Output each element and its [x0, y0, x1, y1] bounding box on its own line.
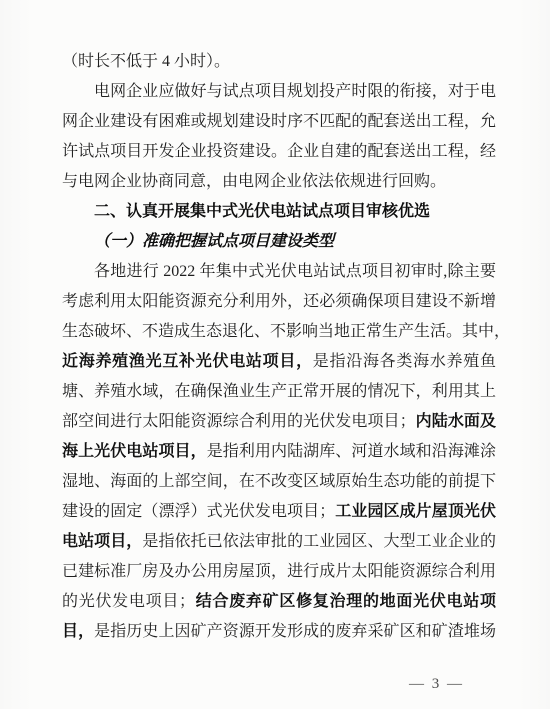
text-line: 近海养殖渔光互补光伏电站项目，是指沿海各类海水养殖鱼 — [62, 347, 496, 377]
text-run: 电网企业应做好与试点项目规划投产时限的衔接，对于电 — [94, 83, 496, 100]
document-body: （时长不低于 4 小时）。电网企业应做好与试点项目规划投产时限的衔接，对于电网企… — [62, 47, 496, 647]
bold-text-run: 目， — [62, 623, 94, 640]
text-line: 目，是指历史上因矿产资源开发形成的废弃采矿区和矿渣堆场 — [62, 617, 496, 647]
text-run: 与电网企业协商同意，由电网企业依法依规进行回购。 — [62, 173, 446, 190]
text-run: 塘、养殖水域，在确保渔业生产正常开展的情况下，利用其上 — [62, 383, 496, 400]
text-line: 的光伏发电项目；结合废弃矿区修复治理的地面光伏电站项 — [62, 587, 496, 617]
text-line: 与电网企业协商同意，由电网企业依法依规进行回购。 — [62, 167, 496, 197]
text-line: 已建标准厂房及办公用房屋顶，进行成片太阳能资源综合利用 — [62, 557, 496, 587]
text-line: 电站项目，是指依托已依法审批的工业园区、大型工业企业的 — [62, 527, 496, 557]
text-run: 生态破坏、不造成生态退化、不影响当地正常生产生活。其中， — [62, 323, 510, 340]
scanned-document-page: （时长不低于 4 小时）。电网企业应做好与试点项目规划投产时限的衔接，对于电网企… — [0, 0, 550, 709]
text-run: （一）准确把握试点项目建设类型 — [94, 233, 334, 250]
text-line: 网企业建设有困难或规划建设时序不匹配的配套送出工程，允 — [62, 107, 496, 137]
text-run: （时长不低于 4 小时）。 — [62, 53, 230, 70]
text-line: （时长不低于 4 小时）。 — [62, 47, 496, 77]
bold-text-run: 海上光伏电站项目， — [62, 443, 207, 460]
text-run: 考虑利用太阳能资源充分利用外，还必须确保项目建设不新增 — [62, 293, 496, 310]
page-number: — 3 — — [409, 674, 464, 694]
text-run: 各地进行 2022 年集中式光伏电站试点项目初审时,除主要 — [94, 263, 496, 280]
text-run: 的光伏发电项目； — [62, 593, 195, 610]
text-run: 网企业建设有困难或规划建设时序不匹配的配套送出工程，允 — [62, 113, 496, 130]
text-line: 电网企业应做好与试点项目规划投产时限的衔接，对于电 — [62, 77, 496, 107]
text-run: 是指利用内陆湖库、河道水域和沿海滩涂 — [207, 443, 496, 460]
text-line: 考虑利用太阳能资源充分利用外，还必须确保项目建设不新增 — [62, 287, 496, 317]
bold-text-run: 电站项目， — [62, 533, 142, 550]
text-run: 是指历史上因矿产资源开发形成的废弃采矿区和矿渣堆场 — [94, 623, 496, 640]
text-line: 各地进行 2022 年集中式光伏电站试点项目初审时,除主要 — [62, 257, 496, 287]
text-line: 湿地、海面的上部空间，在不改变区域原始生态功能的前提下 — [62, 467, 496, 497]
text-line: 塘、养殖水域，在确保渔业生产正常开展的情况下，利用其上 — [62, 377, 496, 407]
text-line: 海上光伏电站项目，是指利用内陆湖库、河道水域和沿海滩涂 — [62, 437, 496, 467]
text-run: 是指沿海各类海水养殖鱼 — [313, 353, 496, 370]
text-run: 是指依托已依法审批的工业园区、大型工业企业的 — [142, 533, 496, 550]
text-run: 二、认真开展集中式光伏电站试点项目审核优选 — [94, 203, 430, 220]
subsection-heading: （一）准确把握试点项目建设类型 — [62, 227, 496, 257]
bold-text-run: 内陆水面及 — [416, 413, 496, 430]
bold-text-run: 近海养殖渔光互补光伏电站项目， — [62, 353, 313, 370]
bold-text-run: 结合废弃矿区修复治理的地面光伏电站项 — [195, 593, 496, 610]
text-line: 生态破坏、不造成生态退化、不影响当地正常生产生活。其中， — [62, 317, 496, 347]
text-run: 部空间进行太阳能资源综合利用的光伏发电项目； — [62, 413, 416, 430]
text-run: 建设的固定（漂浮）式光伏发电项目； — [62, 503, 335, 520]
text-line: 许试点项目开发企业投资建设。企业自建的配套送出工程，经 — [62, 137, 496, 167]
text-run: 许试点项目开发企业投资建设。企业自建的配套送出工程，经 — [62, 143, 496, 160]
text-run: 已建标准厂房及办公用房屋顶，进行成片太阳能资源综合利用 — [62, 563, 496, 580]
text-line: 部空间进行太阳能资源综合利用的光伏发电项目；内陆水面及 — [62, 407, 496, 437]
text-line: 建设的固定（漂浮）式光伏发电项目；工业园区成片屋顶光伏 — [62, 497, 496, 527]
section-heading: 二、认真开展集中式光伏电站试点项目审核优选 — [62, 197, 496, 227]
bold-text-run: 工业园区成片屋顶光伏 — [335, 503, 496, 520]
text-run: 湿地、海面的上部空间，在不改变区域原始生态功能的前提下 — [62, 473, 496, 490]
